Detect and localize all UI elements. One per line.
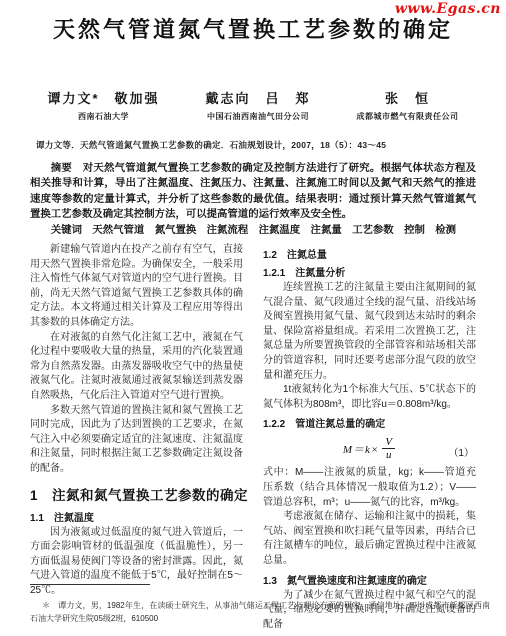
author-group: 张 恒 成都城市燃气有限责任公司 [357, 88, 459, 122]
right-column: 1.2 注氮总量 1.2.1 注氮量分析 连续置换工艺的注氮量主要由注氮期间的氮… [263, 243, 476, 567]
site-watermark: www.Egas.cn [395, 1, 501, 17]
author-footnote: ＊ 谭力文，男，1982年生，在读硕士研究生，从事油气储运工程工艺与理论方面的研… [30, 600, 490, 625]
author-names: 戴志向 吕 郑 [206, 88, 311, 107]
body-paragraph: 考虑液氮在储存、运输和注氮中的损耗，集气站、阀室置换和吹扫耗气量等因素，再结合已… [263, 510, 476, 568]
left-column: 新建输气管道内在投产之前存有空气，直接用天然气置换非常危险。为确保安全，一般采用… [30, 243, 243, 567]
body-paragraph: 因为液氮或过低温度的氮气进入管道后，一方面会影响管材的低温强度（低温脆性），另一… [30, 526, 243, 599]
footnote-separator [30, 584, 150, 585]
section-1-3-heading: 1.3 氮气置换速度和注氮速度的确定 [263, 572, 476, 587]
author-affiliation: 中国石油西南油气田分公司 [206, 111, 311, 122]
body-paragraph: 新建输气管道内在投产之前存有空气，直接用天然气置换非常危险。为确保安全，一般采用… [30, 243, 243, 331]
keywords-line: 关键词 天然气管道 氮气置换 注氮流程 注氮温度 注氮量 工艺参数 控制 检测 [30, 223, 476, 238]
two-column-body: 新建输气管道内在投产之前存有空气，直接用天然气置换非常危险。为确保安全，一般采用… [30, 243, 476, 567]
abstract-paragraph: 摘要 对天然气管道氮气置换工艺参数的确定及控制方法进行了研究。根据气体状态方程及… [30, 161, 476, 223]
section-1-heading: 1 注氮和氮气置换工艺参数的确定 [30, 484, 243, 504]
equation-legend-paragraph: 式中：M——注液氮的质量，kg；k——管道充压系数（结合具体情况一般取值为1.2… [263, 466, 476, 510]
equation-fraction: V u [381, 436, 396, 461]
body-paragraph: 多数天然气管道的置换注氮和氮气置换工艺同时完成，因此为了达到置换的工艺要求，在氮… [30, 404, 243, 477]
author-names: 谭力文* 敬加强 [47, 88, 159, 107]
body-paragraph: 在对液氮的自然气化注氮工艺中，液氮在气化过程中要吸收大量的热量，采用的汽化装置通… [30, 331, 243, 404]
author-group: 谭力文* 敬加强 西南石油大学 [47, 88, 159, 122]
section-1-2-heading: 1.2 注氮总量 [263, 246, 476, 261]
citation-line: 谭力文等．天然气管道氮气置换工艺参数的确定．石油规划设计，2007，18（5）：… [36, 139, 476, 151]
author-names: 张 恒 [357, 88, 459, 107]
section-1-2-1-heading: 1.2.1 注氮量分析 [263, 264, 476, 279]
equation-1: M＝k× V u （1） [263, 436, 476, 461]
section-1-1-heading: 1.1 注氮温度 [30, 509, 243, 524]
author-affiliation: 西南石油大学 [47, 111, 159, 122]
paper-page: www.Egas.cn 天然气管道氮气置换工艺参数的确定 谭力文* 敬加强 西南… [0, 0, 506, 636]
equation-lhs: M＝k× [343, 441, 379, 457]
fraction-numerator: V [381, 436, 396, 448]
section-1-2-2-heading: 1.2.2 管道注氮总量的确定 [263, 415, 476, 430]
fraction-denominator: u [382, 448, 396, 461]
equation-number: （1） [448, 444, 474, 459]
author-affiliation: 成都城市燃气有限责任公司 [357, 111, 459, 122]
body-paragraph: 连续置换工艺的注氮量主要由注氮期间的氮气混合量、氮气段通过全线的混气量、沿线站场… [263, 281, 476, 383]
authors-row: 谭力文* 敬加强 西南石油大学 戴志向 吕 郑 中国石油西南油气田分公司 张 恒… [0, 88, 506, 122]
body-paragraph: 1t液氮转化为1个标准大气压、5℃状态下的氮气体积为808m³，即比容u＝0.8… [263, 383, 476, 412]
author-group: 戴志向 吕 郑 中国石油西南油气田分公司 [206, 88, 311, 122]
